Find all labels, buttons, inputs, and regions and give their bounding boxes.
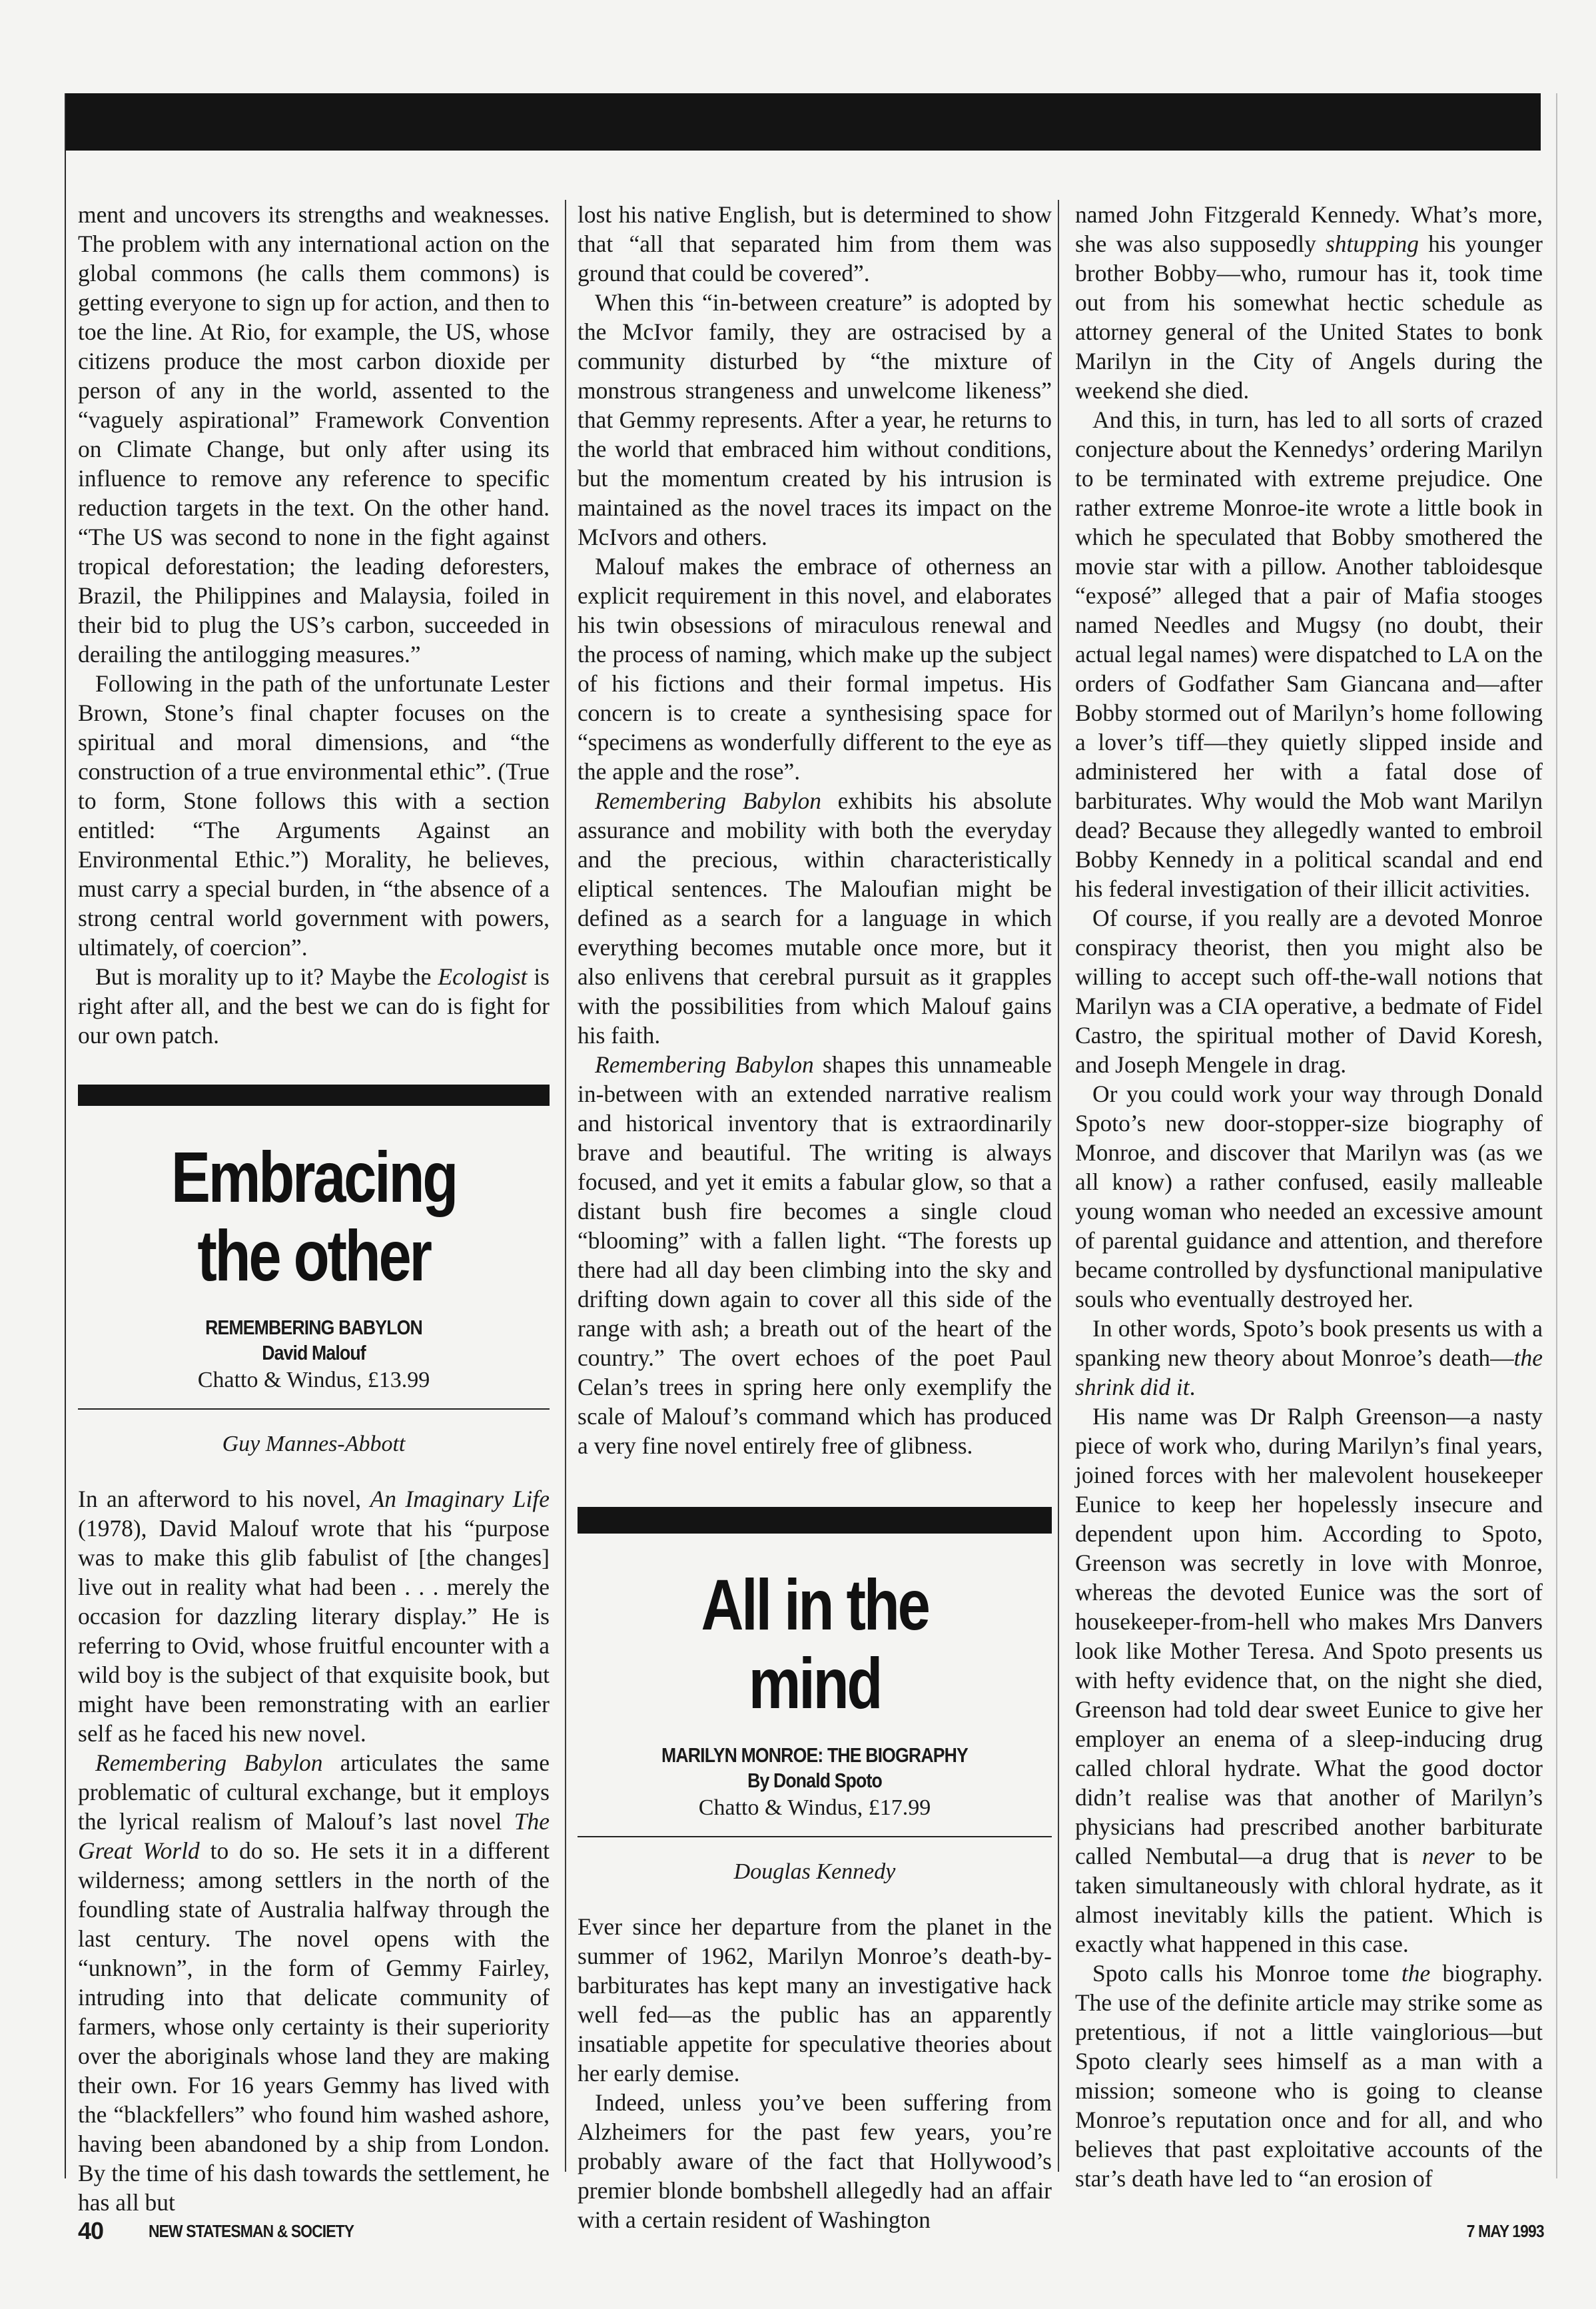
body-paragraph: ment and uncovers its strengths and weak… [78,200,550,669]
body-paragraph: Remembering Babylon articulates the same… [78,1748,550,2217]
italic-title: Ecologist [438,963,527,990]
body-paragraph: His name was Dr Ralph Greenson—a nasty p… [1075,1402,1543,1959]
column-2: lost his native English, but is determin… [578,200,1052,2234]
section-divider-bar [578,1507,1052,1534]
reviewer-byline: Douglas Kennedy [578,1857,1052,1887]
section-divider-bar [78,1085,550,1106]
body-paragraph: named John Fitzgerald Kennedy. What’s mo… [1075,200,1543,405]
body-paragraph: lost his native English, but is determin… [578,200,1052,288]
horizontal-rule [578,1836,1052,1837]
header-black-bar [66,93,1541,151]
headline: All in the mind [620,1566,1009,1723]
body-paragraph: Following in the path of the unfortunate… [78,669,550,962]
column-separator [565,200,566,2172]
body-paragraph: Spoto calls his Monroe tome the biograph… [1075,1959,1543,2193]
body-paragraph: Malouf makes the embrace of otherness an… [578,552,1052,786]
body-paragraph: And this, in turn, has led to all sorts … [1075,405,1543,903]
body-paragraph: Or you could work your way through Donal… [1075,1079,1543,1314]
column-separator [1058,200,1059,2172]
page-number: 40 [78,2217,103,2245]
column-1: ment and uncovers its strengths and weak… [78,200,550,2217]
body-paragraph: Indeed, unless you’ve been suffering fro… [578,2088,1052,2234]
book-author: David Malouf [111,1340,517,1366]
book-publisher-price: Chatto & Windus, £17.99 [578,1793,1052,1823]
headline: Embracing the other [121,1138,508,1295]
reviewer-byline: Guy Mannes-Abbott [78,1430,550,1459]
book-publisher-price: Chatto & Windus, £13.99 [78,1366,550,1395]
book-author: By Donald Spoto [611,1768,1018,1793]
review-header-embracing-the-other: Embracing the other REMEMBERING BABYLON … [78,1085,550,1459]
issue-date: 7 MAY 1993 [1467,2221,1544,2242]
body-paragraph: Remembering Babylon shapes this unnameab… [578,1050,1052,1460]
horizontal-rule [78,1408,550,1410]
page-left-rule [65,93,66,2178]
body-paragraph: In other words, Spoto’s book presents us… [1075,1314,1543,1402]
body-paragraph: Remembering Babylon exhibits his absolut… [578,786,1052,1050]
body-paragraph: In an afterword to his novel, An Imagina… [78,1484,550,1748]
review-header-all-in-the-mind: All in the mind MARILYN MONROE: THE BIOG… [578,1507,1052,1887]
book-title: MARILYN MONROE: THE BIOGRAPHY [611,1743,1018,1768]
column-3: named John Fitzgerald Kennedy. What’s mo… [1075,200,1543,2193]
publication-name: NEW STATESMAN & SOCIETY [149,2221,354,2242]
book-title: REMEMBERING BABYLON [111,1315,517,1340]
body-paragraph: Ever since her departure from the planet… [578,1912,1052,2088]
body-paragraph: When this “in-between creature” is adopt… [578,288,1052,552]
page-right-rule [1556,93,1557,2178]
body-paragraph: But is morality up to it? Maybe the Ecol… [78,962,550,1050]
body-paragraph: Of course, if you really are a devoted M… [1075,903,1543,1079]
